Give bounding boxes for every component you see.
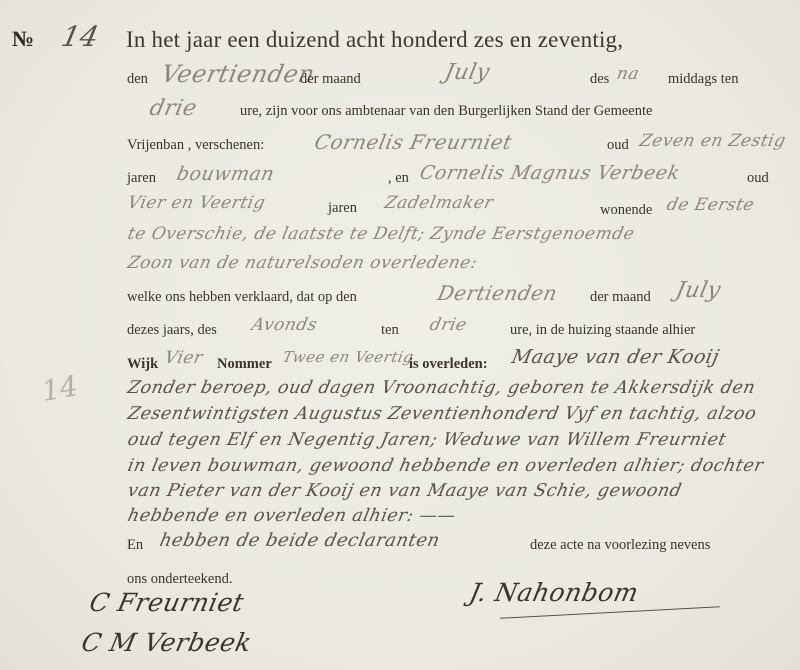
- signature-official: J. Nahonbom: [467, 578, 641, 607]
- hw-residence-3: Zoon van de naturelsoden overledene:: [126, 253, 479, 273]
- printed-deze-acte: deze acte na voorlezing nevens: [530, 537, 710, 554]
- signature-underline: [500, 606, 720, 619]
- hw-declarant1-age: Zeven en Zestig: [638, 131, 788, 151]
- hw-body-1: Zonder beroep, oud dagen Vroonachtig, ge…: [126, 378, 757, 398]
- hw-body-2: Zesentwintigsten Augustus Zeventienhonde…: [126, 404, 758, 424]
- signature-declarant-1: C Freurniet: [87, 588, 247, 617]
- hw-des-na: na: [615, 64, 641, 84]
- hw-month: July: [442, 60, 492, 85]
- hw-nommer: Twee en Veertig: [281, 348, 415, 366]
- hw-residence-2: te Overschie, de laatste te Delft; Zynde…: [126, 224, 636, 244]
- printed-oud-2: oud: [747, 170, 769, 187]
- printed-wijk: Wijk: [127, 356, 158, 373]
- hw-body-6: hebbende en overleden alhier: ——: [126, 506, 458, 526]
- printed-der-maand-2: der maand: [590, 289, 651, 306]
- hw-body-3: oud tegen Elf en Negentig Jaren; Weduwe …: [126, 430, 728, 450]
- hw-declarant2-age: Vier en Veertig: [126, 193, 267, 213]
- printed-onderteekend: ons onderteekend.: [127, 571, 233, 588]
- margin-note: 14: [39, 369, 80, 408]
- hw-declarant1-name: Cornelis Freurniet: [312, 130, 514, 154]
- printed-wonende: wonende: [600, 202, 652, 219]
- hw-declarant2-name: Cornelis Magnus Verbeek: [418, 162, 682, 184]
- signature-declarant-2: C M Verbeek: [79, 628, 255, 657]
- printed-des: des: [590, 71, 609, 88]
- hw-en-hebben: hebben de beide declaranten: [158, 530, 442, 551]
- printed-ure-zijn: ure, zijn voor ons ambtenaar van den Bur…: [240, 103, 652, 120]
- record-number: 14: [58, 20, 102, 53]
- hw-death-hour: drie: [428, 315, 469, 335]
- civil-record-page: № 14 In het jaar een duizend acht honder…: [0, 0, 800, 670]
- printed-der-maand: der maand: [300, 71, 361, 88]
- printed-ure-huizing: ure, in de huizing staande alhier: [510, 322, 695, 339]
- hw-death-day: Dertienden: [435, 281, 559, 305]
- printed-en-2: En: [127, 537, 143, 554]
- hw-death-daypart: Avonds: [250, 315, 319, 335]
- hw-deceased: Maaye van der Kooij: [510, 346, 722, 368]
- hw-body-4: in leven bouwman, gewoond hebbende en ov…: [126, 456, 765, 476]
- number-mark: №: [12, 26, 34, 52]
- hw-wijk: Vier: [163, 348, 205, 368]
- printed-den: den: [127, 71, 148, 88]
- printed-ten: ten: [381, 322, 399, 339]
- hw-residence-1: de Eerste: [665, 195, 756, 215]
- hw-death-month: July: [673, 278, 723, 303]
- printed-en: , en: [388, 170, 409, 187]
- printed-welke: welke ons hebben verklaard, dat op den: [127, 289, 357, 306]
- printed-vrijenban: Vrijenban , verschenen:: [127, 137, 264, 154]
- printed-nommer: Nommer: [217, 356, 272, 373]
- hw-day: Veertienden: [159, 60, 317, 88]
- hw-hour: drie: [147, 96, 199, 121]
- printed-dezes: dezes jaars, des: [127, 322, 217, 339]
- printed-jaren-2: jaren: [328, 200, 357, 217]
- hw-body-5: van Pieter van der Kooij en van Maaye va…: [126, 481, 684, 501]
- hw-declarant2-occupation: Zadelmaker: [383, 193, 495, 213]
- printed-oud-1: oud: [607, 137, 629, 154]
- printed-middags-ten: middags ten: [668, 71, 738, 88]
- printed-jaren-1: jaren: [127, 170, 156, 187]
- printed-overleden: is overleden:: [409, 356, 488, 373]
- hw-declarant1-occupation: bouwman: [175, 163, 277, 185]
- printed-line-1: In het jaar een duizend acht honderd zes…: [126, 27, 623, 53]
